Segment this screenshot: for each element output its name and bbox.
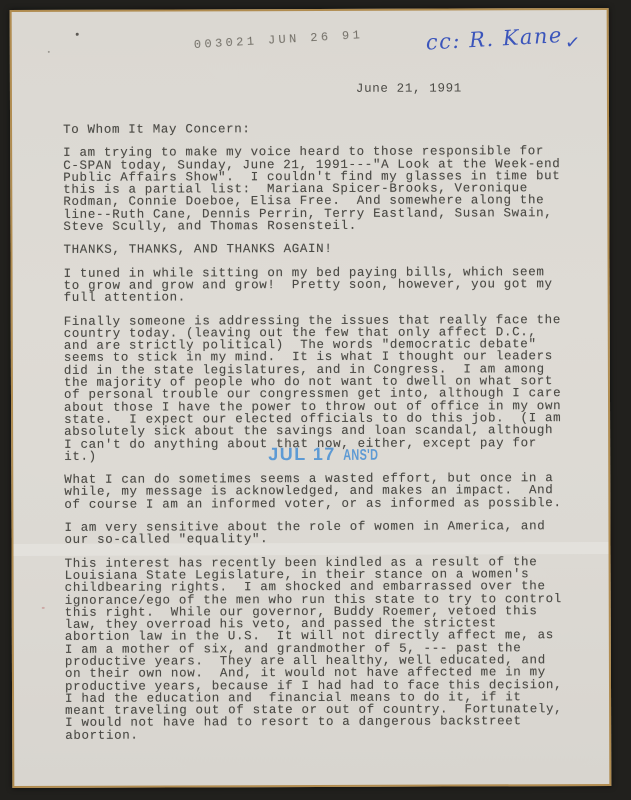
checkmark: ✓ (564, 32, 582, 54)
letter-body: To Whom It May Concern: I am trying to m… (63, 122, 570, 753)
letter-paragraph: This interest has recently been kindled … (65, 556, 571, 742)
cc-handwritten-note: cc: R. Kane✓ (425, 22, 582, 55)
letter-paragraph: THANKS, THANKS, AND THANKS AGAIN! (63, 242, 568, 256)
letter-paragraph: What I can do sometimes seems a wasted e… (64, 472, 569, 511)
ink-speck (42, 607, 45, 609)
ink-speck (48, 51, 50, 53)
letter-paragraph: I am very sensitive about the role of wo… (64, 520, 569, 546)
received-date-stamp: 003021 JUN 26 91 (193, 28, 363, 52)
answered-stamp-label: ANS'D (343, 447, 378, 465)
letter-date: June 21, 1991 (356, 81, 462, 95)
answered-stamp-date: JUL 17 (268, 444, 336, 464)
letter-salutation: To Whom It May Concern: (63, 122, 568, 136)
letter-page: 003021 JUN 26 91 cc: R. Kane✓ June 21, 1… (10, 8, 612, 788)
answered-stamp: JUL 17 ANS'D (268, 444, 393, 465)
ink-speck (76, 33, 79, 36)
cc-note-text: cc: R. Kane (425, 23, 563, 55)
letter-paragraph: I am trying to make my voice heard to th… (63, 145, 568, 233)
letter-paragraph: Finally someone is addressing the issues… (64, 314, 570, 463)
letter-paragraph: I tuned in while sitting on my bed payin… (64, 266, 569, 305)
